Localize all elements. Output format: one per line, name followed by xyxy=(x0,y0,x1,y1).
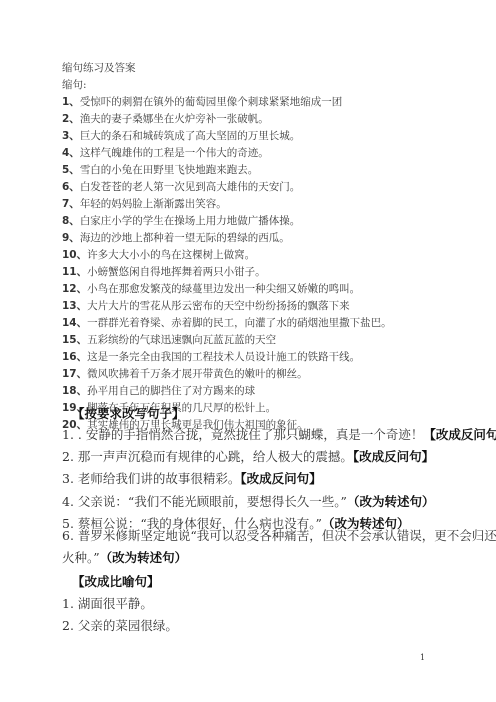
list-item: 17、微风吹拂着千万条才展开带黄色的嫩叶的柳丝。 xyxy=(62,368,308,380)
document-page: 缩句练习及答案 缩句: 1、受惊吓的刺猬在镇外的葡萄园里像个刺球紧紧地缩成一团2… xyxy=(0,0,496,702)
list-item: 8、白家庄小学的学生在操场上用力地做广播体操。 xyxy=(62,215,300,227)
item-number: 3、 xyxy=(62,130,80,142)
exercise-instruction: 【改成反问句】 xyxy=(423,427,496,442)
list-item: 11、小螃蟹悠闲自得地挥舞着两只小钳子。 xyxy=(62,266,266,278)
item-number: 16、 xyxy=(62,351,87,363)
item-number: 15、 xyxy=(62,334,87,346)
item-text: 孙平用自己的脚挡住了对方踢来的球 xyxy=(87,385,255,397)
exercise-text: 2. 那一声声沉稳而有规律的心跳，给人极大的震撼。 xyxy=(62,449,353,464)
item-number: 5、 xyxy=(62,164,80,176)
item-text: 微风吹拂着千万条才展开带黄色的嫩叶的柳丝。 xyxy=(87,368,308,380)
item-text: 海边的沙地上都种着一望无际的碧绿的西瓜。 xyxy=(80,232,290,244)
item-text: 五彩缤纷的气球迅速飘向瓦蓝瓦蓝的天空 xyxy=(87,334,276,346)
item-number: 6、 xyxy=(62,181,80,193)
exercise-line: 2. 父亲的菜园很绿。 xyxy=(62,618,178,633)
exercise-instruction: 【改成反问句】 xyxy=(240,471,321,486)
list-item: 5、雪白的小兔在田野里飞快地跑来跑去。 xyxy=(62,164,258,176)
exercise-instruction: （改为转述句） xyxy=(100,550,188,565)
item-text: 雪白的小兔在田野里飞快地跑来跑去。 xyxy=(80,164,259,176)
exercise-text: 6. 普罗米修斯坚定地说“我可以忍受各种痛苦，但决不会承认错误，更不会归还 xyxy=(62,528,496,543)
item-number: 14、 xyxy=(62,317,87,329)
list-item: 14、一群群光着脊梁、赤着脚的民工，向灌了水的硝烟池里撒下盐巴。 xyxy=(62,317,392,329)
item-text: 白发苍苍的老人第一次见到高大雄伟的天安门。 xyxy=(80,181,301,193)
item-text: 大片大片的雪花从彤云密布的天空中纷纷扬扬的飘落下来 xyxy=(87,300,350,312)
item-number: 18、 xyxy=(62,385,87,397)
item-number: 10、 xyxy=(62,249,87,261)
item-text: 这样气魄雄伟的工程是一个伟大的奇迹。 xyxy=(80,147,269,159)
exercise-line: 6. 普罗米修斯坚定地说“我可以忍受各种痛苦，但决不会承认错误，更不会归还 xyxy=(62,528,496,543)
list-item: 2、渔夫的妻子桑娜坐在火炉旁补一张破帆。 xyxy=(62,113,269,125)
exercise-text: 4. 父亲说：“我们不能光顾眼前，要想得长久一些。” xyxy=(62,494,347,509)
exercise-line: 2. 那一声声沉稳而有规律的心跳，给人极大的震撼。【改成反问句】 xyxy=(62,449,434,464)
list-item: 15、五彩缤纷的气球迅速飘向瓦蓝瓦蓝的天空 xyxy=(62,334,276,346)
list-item: 13、大片大片的雪花从彤云密布的天空中纷纷扬扬的飘落下来 xyxy=(62,300,350,312)
item-number: 8、 xyxy=(62,215,80,227)
list-item: 10、许多大大小小的鸟在这棵树上做窝。 xyxy=(62,249,255,261)
item-text: 白家庄小学的学生在操场上用力地做广播体操。 xyxy=(80,215,301,227)
exercise-text: 火种。” xyxy=(62,550,100,565)
exercise-line: 1. 湖面很平静。 xyxy=(62,596,153,611)
item-text: 这是一条完全由我国的工程技术人员设计施工的铁路干线。 xyxy=(87,351,360,363)
section-heading-rewrite: 【按要求改写句子】 xyxy=(72,406,185,421)
item-text: 一群群光着脊梁、赤着脚的民工，向灌了水的硝烟池里撒下盐巴。 xyxy=(87,317,392,329)
section-label-suoju: 缩句: xyxy=(62,79,87,91)
list-item: 18、孙平用自己的脚挡住了对方踢来的球 xyxy=(62,385,255,397)
item-text: 渔夫的妻子桑娜坐在火炉旁补一张破帆。 xyxy=(80,113,269,125)
document-title: 缩句练习及答案 xyxy=(62,62,136,74)
exercise-text: 1. . 安静的手指悄然合拢，竟然拢住了那只蝴蝶，真是一个奇迹！ xyxy=(62,427,423,442)
item-number: 12、 xyxy=(62,283,87,295)
item-number: 1、 xyxy=(62,96,80,108)
item-text: 小螃蟹悠闲自得地挥舞着两只小钳子。 xyxy=(87,266,266,278)
item-text: 小鸟在那愈发繁茂的绿蔓里边发出一种尖细又娇嫩的鸣叫。 xyxy=(87,283,360,295)
item-number: 11、 xyxy=(62,266,87,278)
item-number: 4、 xyxy=(62,147,80,159)
list-item: 12、小鸟在那愈发繁茂的绿蔓里边发出一种尖细又娇嫩的鸣叫。 xyxy=(62,283,360,295)
exercise-line: 1. . 安静的手指悄然合拢，竟然拢住了那只蝴蝶，真是一个奇迹！【改成反问句】 xyxy=(62,427,496,442)
list-item: 7、年轻的妈妈脸上渐渐露出笑容。 xyxy=(62,198,227,210)
item-number: 2、 xyxy=(62,113,80,125)
list-item: 16、这是一条完全由我国的工程技术人员设计施工的铁路干线。 xyxy=(62,351,360,363)
exercise-instruction: （改为转述句） xyxy=(347,494,435,509)
exercise-line: 火种。”（改为转述句） xyxy=(62,550,187,565)
item-text: 年轻的妈妈脸上渐渐露出笑容。 xyxy=(80,198,227,210)
item-text: 巨大的条石和城砖筑成了高大坚固的万里长城。 xyxy=(80,130,301,142)
list-item: 4、这样气魄雄伟的工程是一个伟大的奇迹。 xyxy=(62,147,269,159)
list-item: 1、受惊吓的刺猬在镇外的葡萄园里像个刺球紧紧地缩成一团 xyxy=(62,96,342,108)
list-item: 3、巨大的条石和城砖筑成了高大坚固的万里长城。 xyxy=(62,130,300,142)
exercise-line: 4. 父亲说：“我们不能光顾眼前，要想得长久一些。”（改为转述句） xyxy=(62,494,434,509)
item-number: 9、 xyxy=(62,232,80,244)
exercise-instruction: 【改成反问句】 xyxy=(353,449,434,464)
section-heading-metaphor: 【改成比喻句】 xyxy=(72,574,160,589)
exercise-line: 3. 老师给我们讲的故事很精彩。【改成反问句】 xyxy=(62,471,322,486)
item-text: 受惊吓的刺猬在镇外的葡萄园里像个刺球紧紧地缩成一团 xyxy=(80,96,343,108)
page-number: 1 xyxy=(420,653,425,662)
list-item: 9、海边的沙地上都种着一望无际的碧绿的西瓜。 xyxy=(62,232,290,244)
list-item: 6、白发苍苍的老人第一次见到高大雄伟的天安门。 xyxy=(62,181,300,193)
exercise-text: 3. 老师给我们讲的故事很精彩。 xyxy=(62,471,240,486)
item-number: 17、 xyxy=(62,368,87,380)
item-number: 7、 xyxy=(62,198,80,210)
item-text: 许多大大小小的鸟在这棵树上做窝。 xyxy=(87,249,255,261)
item-number: 13、 xyxy=(62,300,87,312)
